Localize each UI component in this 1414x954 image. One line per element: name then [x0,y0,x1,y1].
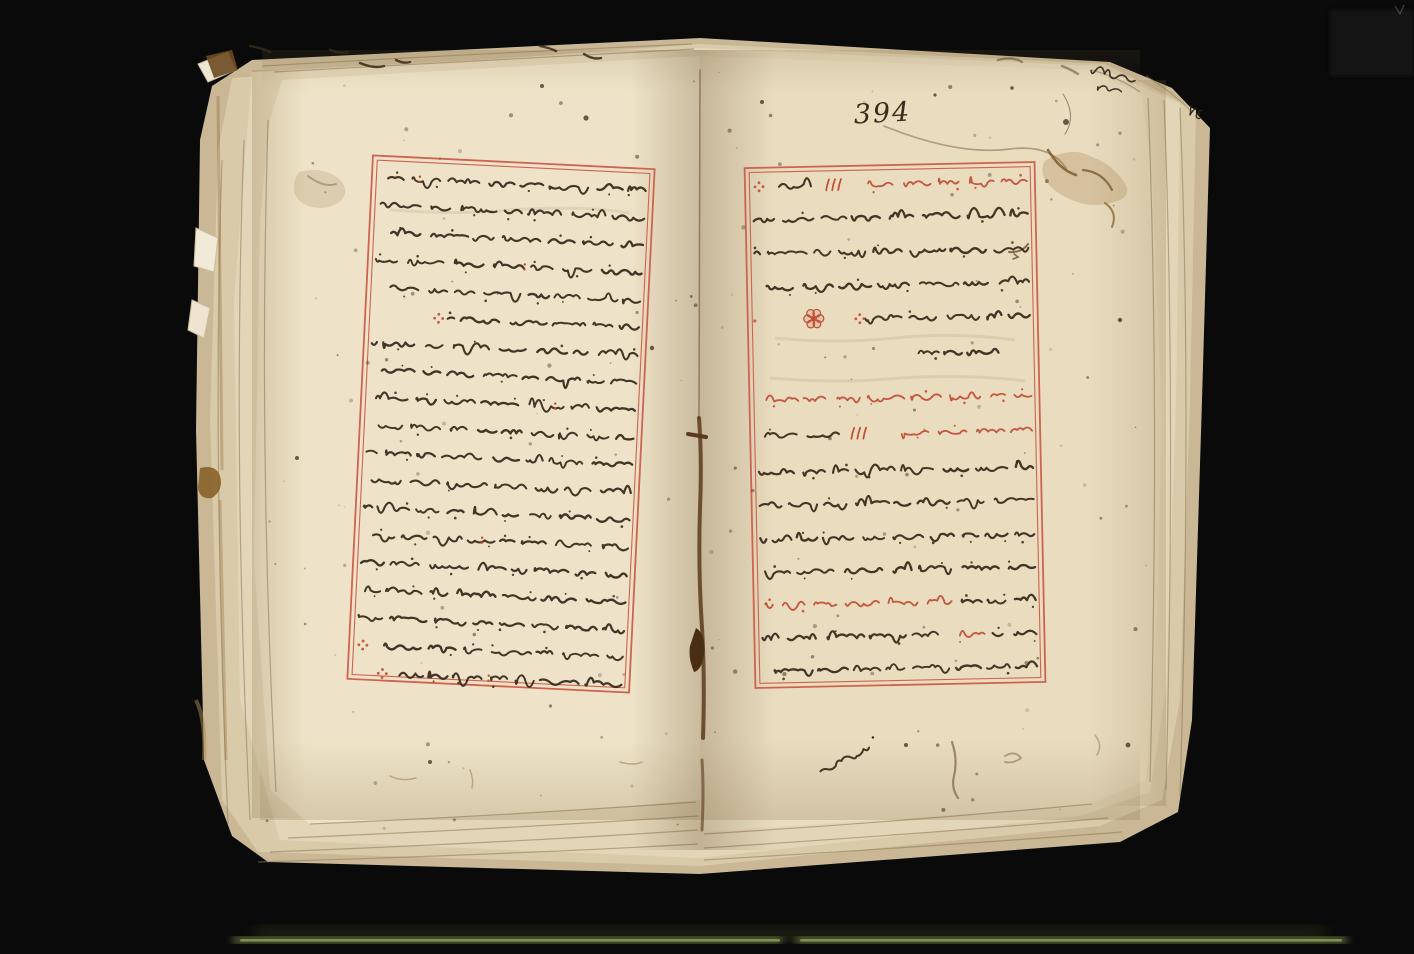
stroke [936,743,940,747]
stroke [835,633,837,635]
stroke [404,127,408,131]
stroke [843,355,846,358]
stroke [922,626,925,629]
stroke [976,280,978,282]
folio-number: 394 [853,97,912,131]
stroke [1022,728,1024,730]
stroke [811,655,815,659]
stroke [616,596,619,599]
bottom-light-leak [232,926,1348,943]
stroke [382,827,385,830]
stroke [509,113,513,117]
stroke [458,149,462,153]
stroke [374,781,378,785]
stroke [472,633,476,637]
stroke [824,356,826,358]
stroke [630,784,633,787]
stroke [400,440,403,443]
stroke [1118,318,1122,322]
stroke [914,546,917,549]
stroke [304,623,307,626]
stroke [352,711,354,713]
stroke [1096,143,1099,146]
stroke [956,668,958,670]
stroke [913,408,916,411]
stroke [598,673,602,677]
stroke [871,90,873,92]
stroke [1135,426,1136,427]
stroke [847,238,850,241]
stroke [1126,743,1131,748]
stroke [547,363,551,367]
stroke [439,158,441,160]
stroke [956,508,959,511]
stroke [971,798,975,802]
stroke [426,531,430,535]
stroke [741,225,745,229]
stroke [462,767,464,769]
stroke [337,354,339,356]
stroke [971,341,974,344]
stroke [751,489,754,492]
stroke [1019,306,1021,308]
stroke [690,295,693,298]
stroke [778,162,782,166]
stroke [733,669,737,673]
stroke [1118,131,1121,134]
stroke [1010,86,1014,90]
stroke [782,672,786,676]
stroke [1059,809,1061,811]
stroke [274,563,276,565]
stroke [729,529,732,532]
stroke [385,358,389,362]
backdrop-corner-patch [1330,10,1414,76]
stroke [905,473,909,477]
stroke [416,472,420,476]
stroke [933,93,936,96]
stroke [950,193,954,197]
stroke [734,467,737,470]
stroke [403,140,405,142]
stroke [711,646,714,649]
stroke [354,248,358,252]
stroke [955,659,958,662]
stroke [426,742,430,746]
stroke [948,85,952,89]
stroke [1063,119,1069,125]
stroke [1055,100,1058,103]
stroke [295,456,299,460]
stroke [1049,348,1052,351]
stroke [385,589,388,592]
open-manuscript-book: 394 ٧٤ [0,0,1414,954]
stroke [540,84,544,88]
stroke [324,191,326,193]
stroke [778,343,780,345]
stroke [266,819,269,822]
stroke [769,114,773,118]
stroke [719,72,720,73]
stroke [714,731,716,733]
stroke [442,421,446,425]
stroke [315,297,317,299]
stroke [836,614,839,617]
stroke [677,824,679,826]
stroke [583,115,588,120]
stroke [709,550,713,554]
stroke [665,732,668,735]
stroke [453,818,456,821]
manuscript-photo: 394 ٧٤ [0,0,1414,954]
stroke [1024,661,1028,665]
stroke [343,564,346,567]
stroke [988,173,992,177]
stroke [813,624,817,628]
stroke [667,497,670,500]
stroke [904,743,908,747]
stroke [411,292,415,296]
stroke [559,101,563,105]
stroke [681,380,683,382]
stroke [855,475,858,478]
stroke [1083,483,1086,486]
stroke [420,662,422,664]
stroke [344,506,346,508]
stroke [1133,627,1137,631]
stroke [283,480,284,481]
stroke [675,300,677,302]
stroke [615,453,617,455]
stroke [1007,623,1011,627]
stroke [635,155,639,159]
stroke [440,606,444,610]
stroke [1060,445,1063,448]
stroke [622,673,625,676]
stroke [731,294,733,296]
stroke [989,136,992,139]
stroke [977,405,981,409]
stroke [870,672,874,676]
stroke [828,437,832,441]
stroke [941,808,945,812]
stroke [718,639,719,640]
stroke [883,532,887,536]
stroke [650,346,654,350]
stroke [797,558,799,560]
stroke [343,84,346,87]
stroke [338,504,340,506]
stroke [451,280,453,282]
rosette-ornament [804,309,824,328]
stroke [311,162,314,165]
stroke [549,704,552,707]
stroke [636,311,639,314]
stroke [465,317,468,320]
stroke [813,309,821,317]
stroke [975,773,978,776]
stroke [721,326,724,329]
stroke [366,361,370,365]
stroke [1025,708,1029,712]
stroke [600,736,603,739]
stroke [1133,158,1136,161]
stroke [540,795,542,797]
stroke [693,80,695,82]
stroke [1072,273,1074,275]
stroke [728,129,732,133]
stroke [851,378,853,380]
stroke [872,347,875,350]
stroke [973,134,976,137]
stroke [856,414,858,416]
stroke [923,428,925,430]
stroke [334,654,336,656]
stroke [304,568,306,570]
stroke [1099,517,1102,520]
stroke [1121,230,1125,234]
stroke [497,294,499,296]
stroke [269,520,271,522]
stroke [349,399,353,403]
stroke [1125,505,1128,508]
stroke [694,303,698,307]
stroke [443,217,446,220]
stroke [610,362,612,364]
stroke [448,761,450,763]
stroke [863,101,866,104]
stroke [536,413,538,415]
stroke [1050,198,1053,201]
stroke [1086,376,1089,379]
stroke [736,147,738,149]
stroke [1015,300,1018,303]
stroke [1045,179,1049,183]
stroke [1113,205,1115,207]
stroke [529,442,532,445]
stroke [1024,452,1026,454]
stroke [1036,657,1039,660]
stroke [917,730,919,732]
stroke [1145,565,1146,566]
stroke [760,100,764,104]
stroke [428,760,432,764]
